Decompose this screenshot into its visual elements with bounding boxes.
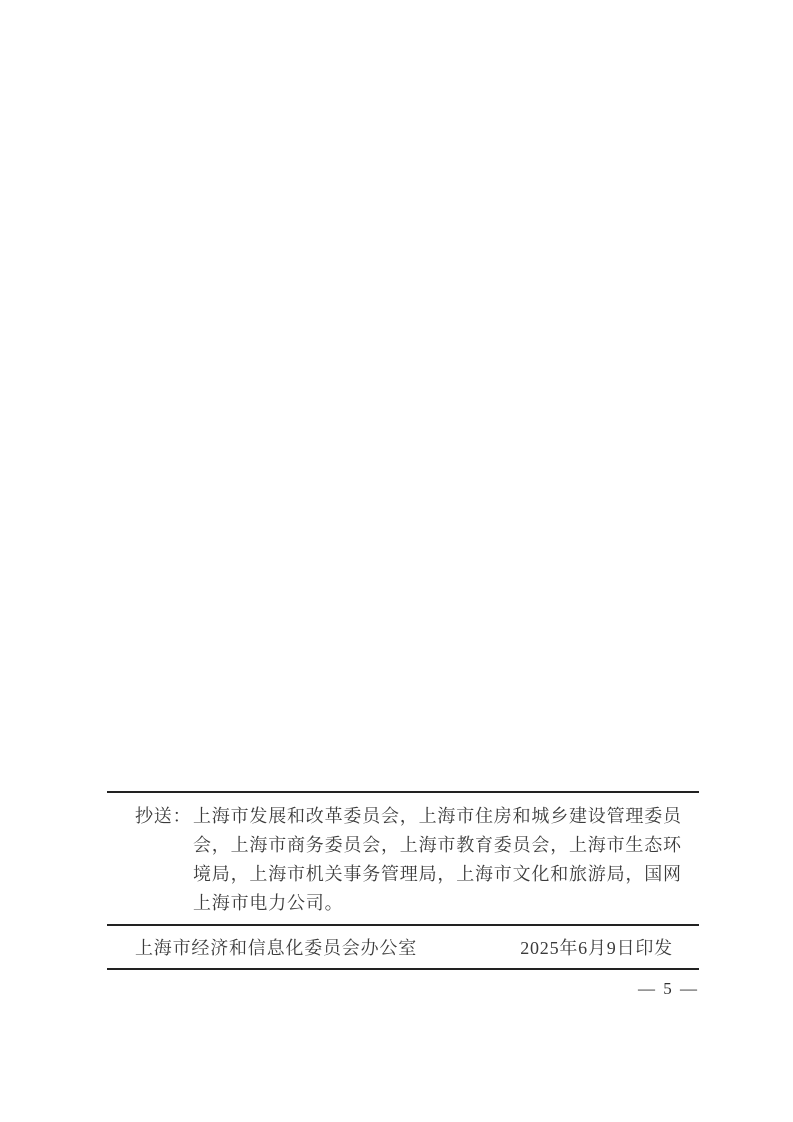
page-number-row: — 5 — [107,970,699,999]
copy-to-line: 上海市电力公司。 [193,889,699,918]
copy-to-label: 抄送： [135,802,193,831]
document-page: { "page": { "background": "#ffffff", "pa… [0,0,793,1122]
copy-to-line: 境局，上海市机关事务管理局，上海市文化和旅游局，国网 [193,860,699,889]
copy-to-section: 抄送： 上海市发展和改革委员会，上海市住房和城乡建设管理委员 会，上海市商务委员… [107,791,699,926]
print-date: 2025年6月9日印发 [520,934,673,960]
page-number: — 5 — [638,979,699,998]
issuing-office-name: 上海市经济和信息化委员会办公室 [135,934,417,960]
issuer-section: 上海市经济和信息化委员会办公室 2025年6月9日印发 [107,926,699,970]
copy-to-line: 会，上海市商务委员会，上海市教育委员会，上海市生态环 [193,831,699,860]
copy-to-body: 上海市发展和改革委员会，上海市住房和城乡建设管理委员 会，上海市商务委员会，上海… [193,802,699,918]
copy-to-line: 上海市发展和改革委员会，上海市住房和城乡建设管理委员 [193,802,699,831]
document-footer-block: 抄送： 上海市发展和改革委员会，上海市住房和城乡建设管理委员 会，上海市商务委员… [107,791,699,999]
